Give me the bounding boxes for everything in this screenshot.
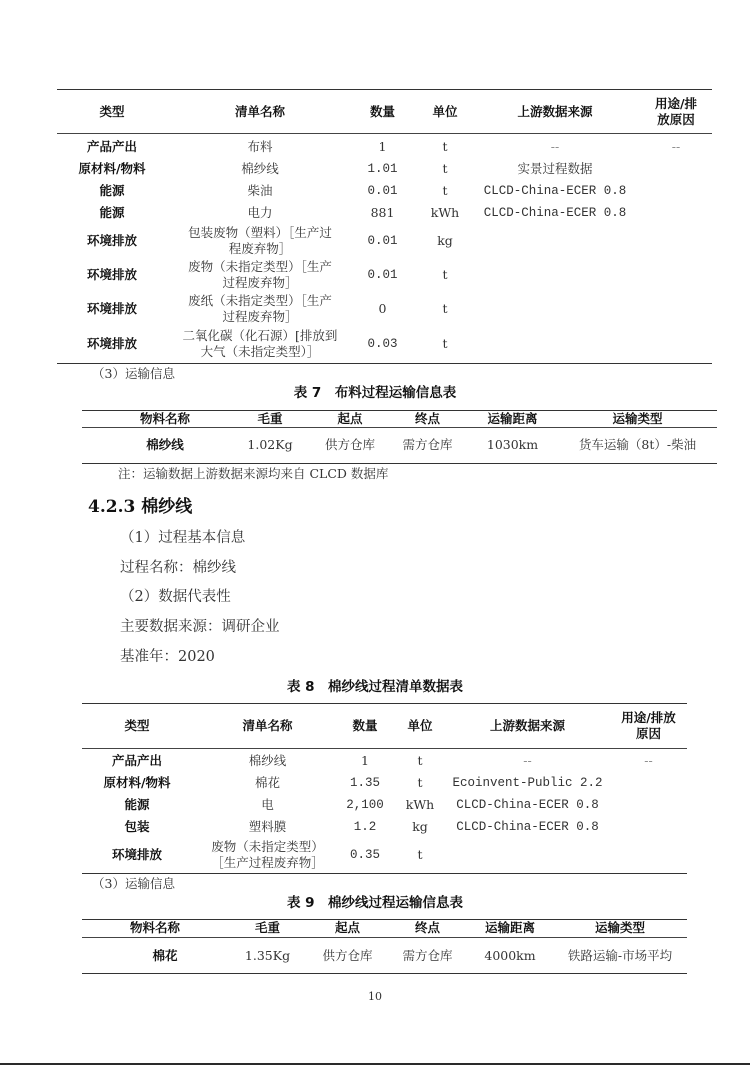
- process-name: 过程名称：棉纱线: [120, 556, 236, 577]
- representativeness-label: （2）数据代表性: [120, 585, 231, 606]
- table-caption: 表 7 布料过程运输信息表: [0, 381, 750, 401]
- table-bottom-rule: [82, 973, 687, 974]
- table-header-rule: [82, 937, 687, 938]
- col-header-unit: 单位: [415, 96, 475, 128]
- table-header-rule: [82, 427, 717, 428]
- base-year: 基准年：2020: [120, 645, 215, 666]
- col-header-name: 清单名称: [175, 96, 345, 128]
- col-header-type: 类型: [57, 96, 167, 128]
- table-caption: 表 8 棉纱线过程清单数据表: [0, 675, 750, 695]
- section-transport-label: （3）运输信息: [92, 874, 175, 892]
- table-top-rule: [82, 703, 687, 704]
- table-header-rule: [82, 748, 687, 749]
- basic-info-label: （1）过程基本信息: [120, 526, 245, 547]
- col-header-usage: 用途/排 放原因: [640, 93, 712, 131]
- col-header-qty: 数量: [350, 96, 415, 128]
- section-heading: 4.2.3 棉纱线: [88, 492, 192, 517]
- table-caption: 表 9 棉纱线过程运输信息表: [0, 891, 750, 911]
- data-source: 主要数据来源：调研企业: [120, 615, 280, 636]
- page-number: 10: [0, 990, 750, 1003]
- table-top-rule: [57, 89, 712, 90]
- col-header-source: 上游数据来源: [475, 96, 635, 128]
- table-header-rule: [57, 133, 712, 134]
- section-transport-label: （3）运输信息: [92, 364, 175, 382]
- table-note: 注：运输数据上游数据来源均来自 CLCD 数据库: [118, 464, 388, 482]
